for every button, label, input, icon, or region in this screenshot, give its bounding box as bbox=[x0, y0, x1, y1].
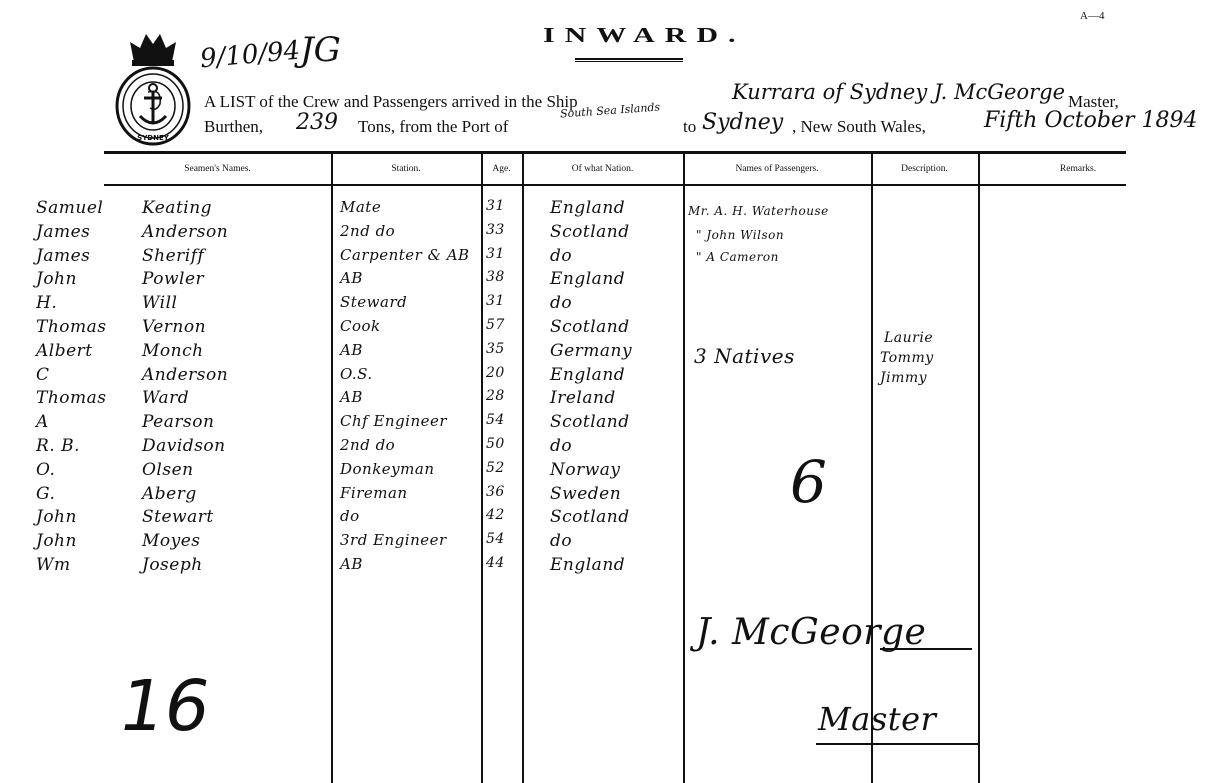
crew-nation: England bbox=[550, 198, 625, 218]
title-underline bbox=[575, 58, 683, 60]
passenger-entry: " John Wilson bbox=[696, 228, 784, 242]
crew-age: 44 bbox=[486, 555, 505, 571]
crew-age: 28 bbox=[486, 388, 505, 404]
crew-nation: do bbox=[550, 531, 572, 551]
passenger-total: 6 bbox=[790, 448, 827, 516]
crew-age: 33 bbox=[486, 222, 505, 238]
crew-last-name: Ward bbox=[142, 388, 189, 408]
crew-first-name: Thomas bbox=[36, 388, 107, 408]
crew-station: AB bbox=[340, 269, 363, 287]
crew-station: O.S. bbox=[340, 365, 373, 383]
col-divider-1 bbox=[331, 153, 333, 783]
passenger-entry: Mr. A. H. Waterhouse bbox=[688, 204, 829, 218]
crew-last-name: Aberg bbox=[142, 484, 197, 504]
crew-first-name: O. bbox=[36, 460, 55, 480]
crew-age: 57 bbox=[486, 317, 505, 333]
crew-station: do bbox=[340, 507, 360, 525]
crew-age: 20 bbox=[486, 365, 505, 381]
crew-age: 50 bbox=[486, 436, 505, 452]
header-line1-prefix: A LIST of the Crew and Passengers arrive… bbox=[204, 92, 578, 112]
crew-last-name: Anderson bbox=[142, 365, 228, 385]
crew-age: 54 bbox=[486, 412, 505, 428]
arrival-date: Fifth October 1894 bbox=[984, 108, 1198, 133]
crew-station: Cook bbox=[340, 317, 381, 335]
crew-station: Fireman bbox=[340, 484, 408, 502]
signature-title: Master bbox=[818, 700, 936, 738]
crew-first-name: A bbox=[36, 412, 49, 432]
crew-nation: Scotland bbox=[550, 507, 630, 527]
col-divider-2 bbox=[481, 153, 483, 783]
svg-text:SYDNEY: SYDNEY bbox=[137, 134, 170, 142]
col-header-station: Station. bbox=[331, 164, 481, 174]
crew-station: 2nd do bbox=[340, 436, 395, 454]
crew-nation: Scotland bbox=[550, 317, 630, 337]
crew-station: Donkeyman bbox=[340, 460, 435, 478]
region-label: , New South Wales, bbox=[792, 117, 926, 137]
crew-station: 3rd Engineer bbox=[340, 531, 447, 549]
crew-first-name: G. bbox=[36, 484, 55, 504]
crew-station: Chf Engineer bbox=[340, 412, 447, 430]
master-signature: J. McGeorge bbox=[696, 612, 926, 653]
table-top-rule bbox=[104, 151, 1126, 154]
crew-station: Steward bbox=[340, 293, 407, 311]
crew-nation: Scotland bbox=[550, 222, 630, 242]
crew-last-name: Stewart bbox=[142, 507, 214, 527]
col-divider-4 bbox=[683, 153, 685, 783]
crew-nation: Germany bbox=[550, 341, 632, 361]
crew-first-name: Samuel bbox=[36, 198, 103, 218]
crew-last-name: Will bbox=[142, 293, 178, 313]
crew-first-name: John bbox=[36, 269, 77, 289]
crew-first-name: John bbox=[36, 531, 77, 551]
crew-tally: 16 bbox=[113, 665, 218, 747]
description-entry: Tommy bbox=[880, 350, 934, 366]
ship-name: Kurrara of Sydney J. McGeorge bbox=[732, 80, 1065, 104]
crew-station: Mate bbox=[340, 198, 381, 216]
col-divider-5 bbox=[871, 153, 873, 783]
col-header-nation: Of what Nation. bbox=[522, 164, 683, 174]
document-title: INWARD. bbox=[543, 24, 746, 48]
col-divider-6 bbox=[978, 153, 980, 783]
description-entry: Jimmy bbox=[880, 370, 927, 386]
crew-age: 31 bbox=[486, 246, 505, 262]
crew-first-name: H. bbox=[36, 293, 57, 313]
description-entry: Laurie bbox=[884, 330, 933, 346]
col-header-age: Age. bbox=[481, 164, 522, 174]
crew-age: 52 bbox=[486, 460, 505, 476]
form-code: A—4 bbox=[1080, 10, 1104, 22]
col-header-description: Description. bbox=[871, 164, 978, 174]
crew-age: 36 bbox=[486, 484, 505, 500]
crew-nation: Ireland bbox=[550, 388, 616, 408]
crew-first-name: R. B. bbox=[36, 436, 80, 456]
stamp-date: 9/10/94 bbox=[199, 36, 301, 75]
crew-last-name: Powler bbox=[142, 269, 204, 289]
crew-age: 42 bbox=[486, 507, 505, 523]
crew-last-name: Pearson bbox=[142, 412, 214, 432]
crew-nation: do bbox=[550, 293, 572, 313]
burthen-label: Burthen, bbox=[204, 117, 263, 137]
crew-first-name: Thomas bbox=[36, 317, 107, 337]
table-header-rule bbox=[104, 184, 1126, 186]
crew-first-name: James bbox=[36, 246, 90, 266]
crew-first-name: James bbox=[36, 222, 90, 242]
crew-last-name: Joseph bbox=[142, 555, 203, 575]
passenger-entry: " A Cameron bbox=[696, 250, 779, 264]
crew-nation: do bbox=[550, 436, 572, 456]
to-port: Sydney bbox=[702, 110, 783, 135]
anchor-crown-emblem-icon: SYDNEY bbox=[112, 28, 194, 146]
crew-nation: England bbox=[550, 365, 625, 385]
crew-first-name: Wm bbox=[36, 555, 71, 575]
crew-station: AB bbox=[340, 388, 363, 406]
tons-label: Tons, from the Port of bbox=[358, 117, 508, 137]
crew-last-name: Monch bbox=[142, 341, 204, 361]
crew-last-name: Keating bbox=[142, 198, 212, 218]
crew-station: Carpenter & AB bbox=[340, 246, 470, 264]
crew-age: 31 bbox=[486, 293, 505, 309]
crew-age: 54 bbox=[486, 531, 505, 547]
crew-last-name: Davidson bbox=[142, 436, 226, 456]
crew-station: 2nd do bbox=[340, 222, 395, 240]
col-header-remarks: Remarks. bbox=[978, 164, 1178, 174]
crew-station: AB bbox=[340, 341, 363, 359]
crew-last-name: Olsen bbox=[142, 460, 194, 480]
signature-flourish bbox=[880, 648, 972, 650]
crew-first-name: John bbox=[36, 507, 77, 527]
col-header-passengers: Names of Passengers. bbox=[683, 164, 871, 174]
signature-title-underline bbox=[816, 743, 978, 745]
crew-nation: do bbox=[550, 246, 572, 266]
stamp-initials: JG bbox=[300, 30, 341, 70]
crew-nation: Sweden bbox=[550, 484, 621, 504]
title-underline-2 bbox=[575, 61, 683, 62]
to-label: to bbox=[683, 117, 696, 137]
crew-first-name: Albert bbox=[36, 341, 93, 361]
crew-age: 35 bbox=[486, 341, 505, 357]
crew-nation: England bbox=[550, 269, 625, 289]
natives-entry: 3 Natives bbox=[694, 344, 795, 368]
crew-first-name: C bbox=[36, 365, 50, 385]
crew-last-name: Vernon bbox=[142, 317, 206, 337]
crew-nation: England bbox=[550, 555, 625, 575]
crew-age: 38 bbox=[486, 269, 505, 285]
crew-last-name: Sheriff bbox=[142, 246, 204, 266]
col-header-seamen: Seamen's Names. bbox=[104, 164, 331, 174]
crew-nation: Scotland bbox=[550, 412, 630, 432]
crew-station: AB bbox=[340, 555, 363, 573]
crew-last-name: Moyes bbox=[142, 531, 201, 551]
col-divider-3 bbox=[522, 153, 524, 783]
crew-nation: Norway bbox=[550, 460, 621, 480]
crew-last-name: Anderson bbox=[142, 222, 228, 242]
tons-value: 239 bbox=[296, 110, 338, 135]
crew-age: 31 bbox=[486, 198, 505, 214]
